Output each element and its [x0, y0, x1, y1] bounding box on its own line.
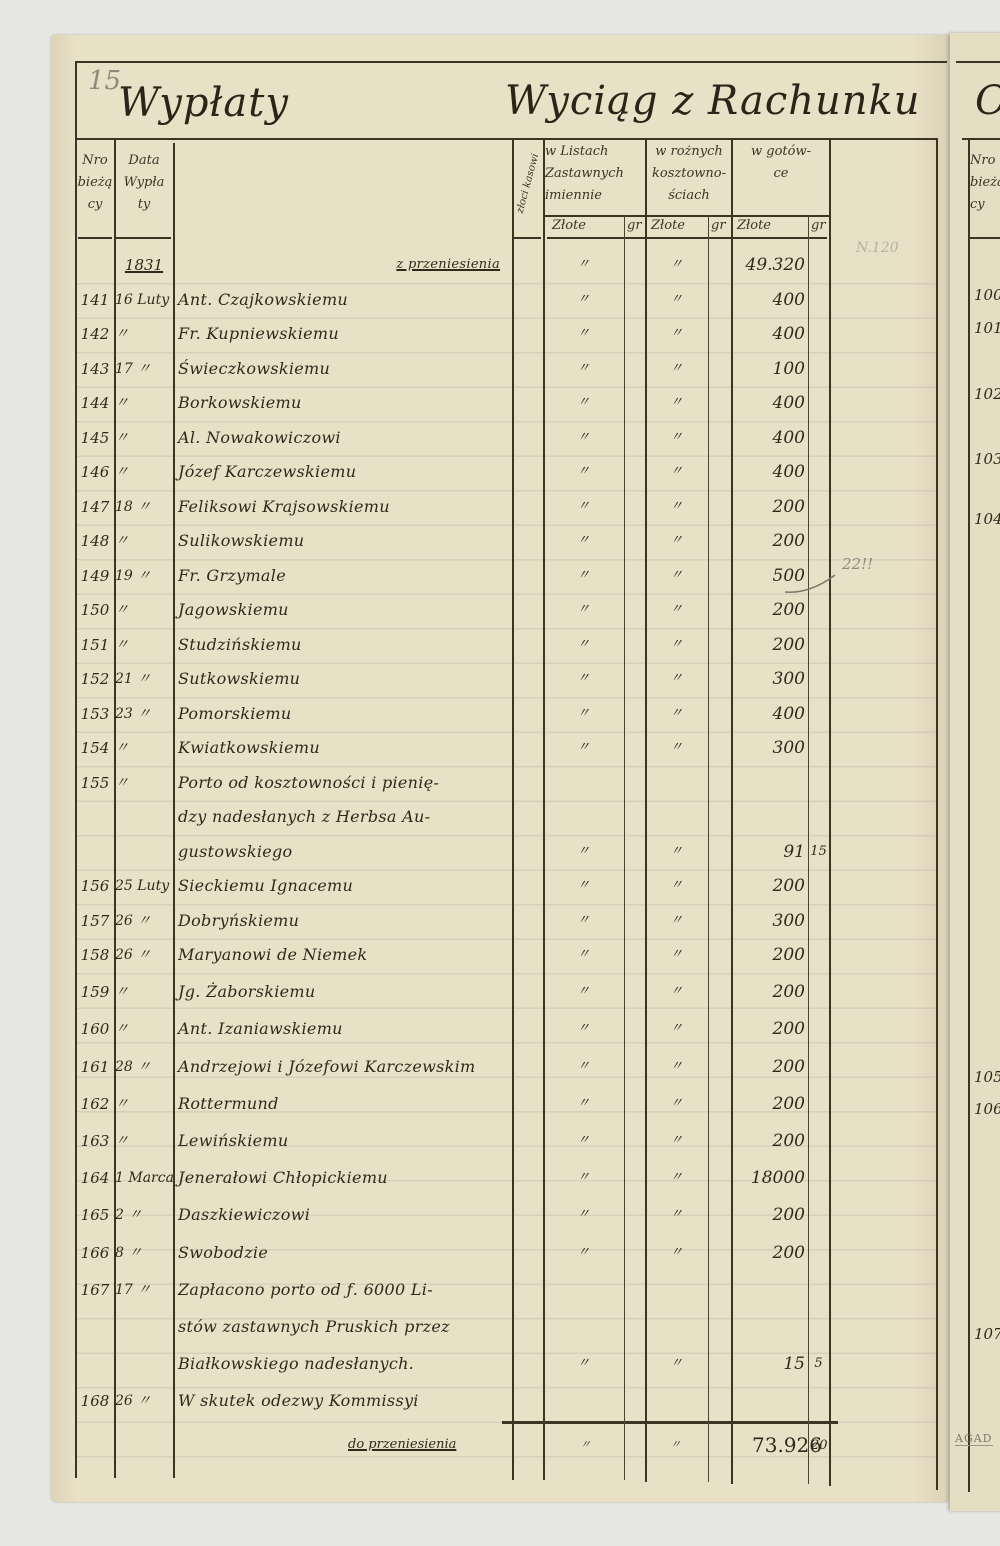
cell-nr: 145 [76, 427, 114, 449]
cell-gotowka-zl: 300 [731, 668, 805, 690]
cell-date: 16 Luty [115, 289, 173, 311]
cell-date: 〃 [115, 1018, 173, 1040]
cell-listy-zl: 〃 [543, 1056, 624, 1078]
ledger-row: 14116 LutyAnt. Czajkowskiemu〃〃400 [0, 283, 1000, 318]
cell-date: 〃 [115, 737, 173, 759]
header-line: Data [115, 150, 173, 172]
cell-nr: 148 [76, 530, 114, 552]
cell-listy-zl: 〃 [543, 427, 624, 449]
cell-nr: 152 [76, 668, 114, 690]
header-line: bieżą [76, 172, 114, 194]
ledger-row: 162 〃Rottermund〃〃200 [0, 1087, 1000, 1122]
cell-nr: 155 [76, 772, 114, 794]
next-page-title-fragment: O [975, 78, 1000, 124]
ledger-row: 148 〃Sulikowskiemu〃〃200 [0, 524, 1000, 559]
ledger-row: gustowskiego〃〃9115 [0, 835, 1000, 870]
cell-listy-zl: 〃 [543, 1018, 624, 1040]
ledger-row: 15826 〃Maryanowi de Niemek〃〃200 [0, 938, 1000, 973]
ledger-row: 155 〃Porto od kosztowności i pienię- [0, 766, 1000, 801]
cell-rozne-zl: 〃 [645, 1018, 708, 1040]
carry-forward-label: do przeniesienia [348, 1437, 456, 1452]
cell-gotowka-zl: 49.320 [731, 254, 805, 276]
cell-listy-zl: 〃 [543, 910, 624, 932]
cell-desc: Jg. Żaborskiemu [178, 981, 508, 1003]
cell-listy-zl: 〃 [543, 1167, 624, 1189]
cell-gotowka-zl: 200 [731, 1204, 805, 1226]
cell-date: 〃 [115, 530, 173, 552]
cell-date: 19 〃 [115, 565, 173, 587]
cell-listy-zl: 〃 [543, 1093, 624, 1115]
cell-desc: Jenerałowi Chłopickiemu [178, 1167, 508, 1189]
header-pledge-letters: w Listach Zastawnych imiennie [545, 141, 645, 207]
cell-listy-zl: 〃 [543, 634, 624, 656]
ledger-row: 1652 〃Daszkiewiczowi〃〃200 [0, 1198, 1000, 1233]
cell-rozne-zl: 〃 [645, 1167, 708, 1189]
cell-rozne-zl: 〃 [645, 392, 708, 414]
cell-listy-zl: 〃 [543, 530, 624, 552]
cell-desc: Lewińskiemu [178, 1130, 508, 1152]
cell-listy-zl: 〃 [543, 496, 624, 518]
header-line: w rożnych [646, 141, 732, 163]
cell-nr: 161 [76, 1056, 114, 1078]
header-line: kosztowno- [646, 163, 732, 185]
cell-desc: Fr. Kupniewskiemu [178, 323, 508, 345]
cell-gotowka-zl: 400 [731, 392, 805, 414]
ledger-row: 14718 〃Feliksowi Krajsowskiemu〃〃200 [0, 490, 1000, 525]
ledger-row: 150 〃Jagowskiemu〃〃200 [0, 593, 1000, 628]
cell-desc: dzy nadesłanych z Herbsa Au- [178, 806, 508, 828]
cell-date: 〃 [115, 599, 173, 621]
pencil-note: N.120 [856, 240, 899, 256]
cell-desc: Jagowskiemu [178, 599, 508, 621]
page-number: 15 [88, 66, 121, 96]
header-entry-number: Nro bieżą cy [76, 150, 114, 216]
cell-nr: 160 [76, 1018, 114, 1040]
cell-desc: Białkowskiego nadesłanych. [178, 1353, 508, 1375]
cell-date: 21 〃 [115, 668, 173, 690]
cell-rozne-zl: 〃 [645, 737, 708, 759]
cell-desc: Rottermund [178, 1093, 508, 1115]
cell-date: 8 〃 [115, 1242, 173, 1264]
cell-date: 26 〃 [115, 1390, 173, 1412]
cell-desc: Swobodzie [178, 1242, 508, 1264]
cell-listy-zl: 〃 [543, 841, 624, 863]
header-payment-date: Data Wypła ty [115, 150, 173, 216]
cell-rozne-zl: 〃 [645, 254, 708, 276]
cell-date: 26 〃 [115, 910, 173, 932]
cell-desc: Kwiatkowskiemu [178, 737, 508, 759]
cell-listy-zl: 〃 [543, 461, 624, 483]
ledger-row: 1641 MarcaJenerałowi Chłopickiemu〃〃18000 [0, 1161, 1000, 1196]
cell-rozne-zl: 〃 [645, 668, 708, 690]
cell-rozne-zl: 〃 [645, 944, 708, 966]
subheader-zlote: Złote [651, 218, 685, 233]
cell-listy-zl: 〃 [543, 1130, 624, 1152]
ledger-row: 160 〃Ant. Izaniawskiemu〃〃200 [0, 1012, 1000, 1047]
cell-desc: Al. Nowakowiczowi [178, 427, 508, 449]
next-page-header-entry-number: Nro bieżą cy [970, 150, 1000, 216]
cell-gotowka-zl: 300 [731, 737, 805, 759]
cell-date: 〃 [115, 981, 173, 1003]
cell-nr: 143 [76, 358, 114, 380]
cell-gotowka-zl: 200 [731, 1093, 805, 1115]
cell-date: 〃 [115, 323, 173, 345]
cell-nr: 156 [76, 875, 114, 897]
cell-gotowka-zl: 200 [731, 1130, 805, 1152]
cell-nr: 141 [76, 289, 114, 311]
cell-gotowka-zl: 200 [731, 496, 805, 518]
ledger-row: 151 〃Studzińskiemu〃〃200 [0, 628, 1000, 663]
cell-listy-zl: 〃 [543, 289, 624, 311]
cell-desc: Daszkiewiczowi [178, 1204, 508, 1226]
cell-rozne-zl: 〃 [645, 530, 708, 552]
cell-date: 〃 [115, 427, 173, 449]
subheader-gr: gr [711, 218, 726, 233]
cell-gotowka-zl: 400 [731, 703, 805, 725]
ledger-row: 154 〃Kwiatkowskiemu〃〃300 [0, 731, 1000, 766]
cell-rozne-zl: 〃 [645, 461, 708, 483]
header-line: Nro [970, 150, 1000, 172]
cell-rozne-zl: 〃 [645, 1130, 708, 1152]
archive-stamp: AGAD [955, 1432, 993, 1446]
ledger-row: 146 〃Józef Karczewskiemu〃〃400 [0, 455, 1000, 490]
cell-date: 〃 [115, 1130, 173, 1152]
cell-nr: 164 [76, 1167, 114, 1189]
header-line: Wypła [115, 172, 173, 194]
cell-rozne-zl: 〃 [645, 1353, 708, 1375]
cell-rozne-zl: 〃 [645, 599, 708, 621]
header-line: ty [115, 194, 173, 216]
cell-nr: 165 [76, 1204, 114, 1226]
cell-listy-zl: 〃 [543, 599, 624, 621]
cell-nr: 158 [76, 944, 114, 966]
subheader-gr: gr [811, 218, 826, 233]
subheader-zlote: Złote [737, 218, 771, 233]
ledger-row: Białkowskiego nadesłanych.〃〃155 [0, 1347, 1000, 1382]
ledger-row: 15221 〃Sutkowskiemu〃〃300 [0, 662, 1000, 697]
cell-gotowka-zl: 300 [731, 910, 805, 932]
cell-desc: Ant. Izaniawskiemu [178, 1018, 508, 1040]
header-cash: w gotów- ce [733, 141, 829, 185]
ledger-row: 14317 〃Świeczkowskiemu〃〃100 [0, 352, 1000, 387]
ledger-row: 16717 〃Zapłacono porto od ƒ. 6000 Li- [0, 1273, 1000, 1308]
cell-date: 2 〃 [115, 1204, 173, 1226]
ledger-row: 1831z przeniesienia〃〃49.320 [0, 248, 1000, 283]
cell-nr: 167 [76, 1279, 114, 1301]
cell-desc: W skutek odezwy Kommissyi [178, 1390, 508, 1412]
cell-desc: Andrzejowi i Józefowi Karczewskim [178, 1056, 508, 1078]
header-line: w Listach [545, 141, 645, 163]
cell-nr: 144 [76, 392, 114, 414]
cell-listy-zl: 〃 [543, 358, 624, 380]
cell-rozne-zl: 〃 [645, 289, 708, 311]
ledger-row: 1668 〃Swobodzie〃〃200 [0, 1236, 1000, 1271]
total-various: 〃 [670, 1436, 681, 1452]
cell-gotowka-zl: 18000 [731, 1167, 805, 1189]
cell-desc: Pomorskiemu [178, 703, 508, 725]
cell-nr: 147 [76, 496, 114, 518]
cell-nr: 154 [76, 737, 114, 759]
ledger-row: dzy nadesłanych z Herbsa Au- [0, 800, 1000, 835]
cell-desc: Maryanowi de Niemek [178, 944, 508, 966]
header-line: Nro [76, 150, 114, 172]
cell-nr: 151 [76, 634, 114, 656]
cell-rozne-zl: 〃 [645, 1204, 708, 1226]
cell-gotowka-gr: 15 [808, 841, 829, 863]
ledger-row: 159 〃Jg. Żaborskiemu〃〃200 [0, 975, 1000, 1010]
ledger-row: 15726 〃Dobryńskiemu〃〃300 [0, 904, 1000, 939]
cell-listy-zl: 〃 [543, 1242, 624, 1264]
ledger-row: 142 〃Fr. Kupniewskiemu〃〃400 [0, 317, 1000, 352]
header-line: imiennie [545, 185, 645, 207]
cell-listy-zl: 〃 [543, 944, 624, 966]
ledger-row: stów zastawnych Pruskich przez [0, 1310, 1000, 1345]
ledger-row: 15625 LutySieckiemu Ignacemu〃〃200 [0, 869, 1000, 904]
ledger-row: 16128 〃Andrzejowi i Józefowi Karczewskim… [0, 1050, 1000, 1085]
cell-desc: Sulikowskiemu [178, 530, 508, 552]
cell-desc: Borkowskiemu [178, 392, 508, 414]
title-account-extract: Wyciąg z Rachunku [505, 78, 921, 124]
cell-date: 25 Luty [115, 875, 173, 897]
cell-desc: Dobryńskiemu [178, 910, 508, 932]
cell-nr: 153 [76, 703, 114, 725]
cell-date: 〃 [115, 1093, 173, 1115]
cell-rozne-zl: 〃 [645, 981, 708, 1003]
cell-rozne-zl: 〃 [645, 875, 708, 897]
cell-gotowka-zl: 200 [731, 875, 805, 897]
cell-rozne-zl: 〃 [645, 427, 708, 449]
cell-gotowka-zl: 100 [731, 358, 805, 380]
cell-rozne-zl: 〃 [645, 323, 708, 345]
title-payments: Wypłaty [118, 80, 289, 126]
cell-date: 26 〃 [115, 944, 173, 966]
cell-desc: z przeniesienia [178, 254, 500, 276]
header-line: cy [970, 194, 1000, 216]
cell-rozne-zl: 〃 [645, 565, 708, 587]
cell-listy-zl: 〃 [543, 981, 624, 1003]
cell-gotowka-zl: 91 [731, 841, 805, 863]
cell-nr: 162 [76, 1093, 114, 1115]
cell-gotowka-zl: 400 [731, 427, 805, 449]
cell-gotowka-zl: 200 [731, 944, 805, 966]
cell-listy-zl: 〃 [543, 1204, 624, 1226]
cell-desc: Feliksowi Krajsowskiemu [178, 496, 508, 518]
pencil-stroke-icon [780, 570, 840, 596]
cell-nr: 157 [76, 910, 114, 932]
cell-date: 〃 [115, 392, 173, 414]
cell-gotowka-zl: 200 [731, 599, 805, 621]
ledger-row: 16826 〃W skutek odezwy Kommissyi [0, 1384, 1000, 1419]
cell-listy-zl: 〃 [543, 254, 624, 276]
cell-desc: Studzińskiemu [178, 634, 508, 656]
ledger-row: 15323 〃Pomorskiemu〃〃400 [0, 697, 1000, 732]
cell-date: 17 〃 [115, 358, 173, 380]
cell-desc: gustowskiego [178, 841, 508, 863]
cell-gotowka-zl: 400 [731, 289, 805, 311]
cell-date: 18 〃 [115, 496, 173, 518]
subheader-gr: gr [627, 218, 642, 233]
cell-nr: 166 [76, 1242, 114, 1264]
cell-rozne-zl: 〃 [645, 358, 708, 380]
cell-rozne-zl: 〃 [645, 1093, 708, 1115]
cell-desc: Fr. Grzymale [178, 565, 508, 587]
cell-date: 28 〃 [115, 1056, 173, 1078]
ledger-row: 163 〃Lewińskiemu〃〃200 [0, 1124, 1000, 1159]
header-line: cy [76, 194, 114, 216]
header-line: ce [733, 163, 829, 185]
cell-rozne-zl: 〃 [645, 703, 708, 725]
cell-date: 17 〃 [115, 1279, 173, 1301]
header-line: ściach [646, 185, 732, 207]
cell-nr: 149 [76, 565, 114, 587]
cell-nr: 150 [76, 599, 114, 621]
cell-desc: Porto od kosztowności i pienię- [178, 772, 508, 794]
cell-gotowka-zl: 200 [731, 634, 805, 656]
header-various-valuables: w rożnych kosztowno- ściach [646, 141, 732, 207]
cell-date: 〃 [115, 634, 173, 656]
cell-listy-zl: 〃 [543, 668, 624, 690]
header-line: Zastawnych [545, 163, 645, 185]
cell-gotowka-zl: 200 [731, 1018, 805, 1040]
cell-gotowka-gr: 5 [808, 1353, 829, 1375]
header-line: w gotów- [733, 141, 829, 163]
ledger-row: 145 〃Al. Nowakowiczowi〃〃400 [0, 421, 1000, 456]
pencil-mark: 22!! [842, 555, 873, 573]
cell-rozne-zl: 〃 [645, 841, 708, 863]
cell-date: 1 Marca [115, 1167, 173, 1189]
cell-rozne-zl: 〃 [645, 1242, 708, 1264]
cell-gotowka-zl: 200 [731, 981, 805, 1003]
cell-desc: stów zastawnych Pruskich przez [178, 1316, 508, 1338]
cell-date: 1831 [115, 254, 173, 276]
cell-nr: 159 [76, 981, 114, 1003]
cell-listy-zl: 〃 [543, 703, 624, 725]
cell-desc: Zapłacono porto od ƒ. 6000 Li- [178, 1279, 508, 1301]
subheader-zlote: Złote [552, 218, 586, 233]
cell-desc: Sieckiemu Ignacemu [178, 875, 508, 897]
total-pledge-letters: 〃 [580, 1436, 591, 1452]
cell-gotowka-zl: 400 [731, 323, 805, 345]
cell-nr: 168 [76, 1390, 114, 1412]
cell-listy-zl: 〃 [543, 1353, 624, 1375]
total-cash-gr: 20 [811, 1438, 828, 1453]
cell-listy-zl: 〃 [543, 565, 624, 587]
cell-gotowka-zl: 200 [731, 1056, 805, 1078]
cell-rozne-zl: 〃 [645, 1056, 708, 1078]
cell-listy-zl: 〃 [543, 875, 624, 897]
cell-rozne-zl: 〃 [645, 496, 708, 518]
cell-nr: 163 [76, 1130, 114, 1152]
cell-listy-zl: 〃 [543, 323, 624, 345]
cell-listy-zl: 〃 [543, 737, 624, 759]
cell-gotowka-zl: 400 [731, 461, 805, 483]
cell-listy-zl: 〃 [543, 392, 624, 414]
cell-desc: Ant. Czajkowskiemu [178, 289, 508, 311]
cell-date: 23 〃 [115, 703, 173, 725]
cell-nr: 146 [76, 461, 114, 483]
cell-rozne-zl: 〃 [645, 634, 708, 656]
cell-gotowka-zl: 15 [731, 1353, 805, 1375]
cell-desc: Świeczkowskiemu [178, 358, 508, 380]
cell-rozne-zl: 〃 [645, 910, 708, 932]
cell-date: 〃 [115, 461, 173, 483]
cell-nr: 142 [76, 323, 114, 345]
cell-desc: Józef Karczewskiemu [178, 461, 508, 483]
ledger-row: 144 〃Borkowskiemu〃〃400 [0, 386, 1000, 421]
cell-gotowka-zl: 200 [731, 1242, 805, 1264]
header-line: bieżą [970, 172, 1000, 194]
cell-desc: Sutkowskiemu [178, 668, 508, 690]
cell-date: 〃 [115, 772, 173, 794]
cell-gotowka-zl: 200 [731, 530, 805, 552]
